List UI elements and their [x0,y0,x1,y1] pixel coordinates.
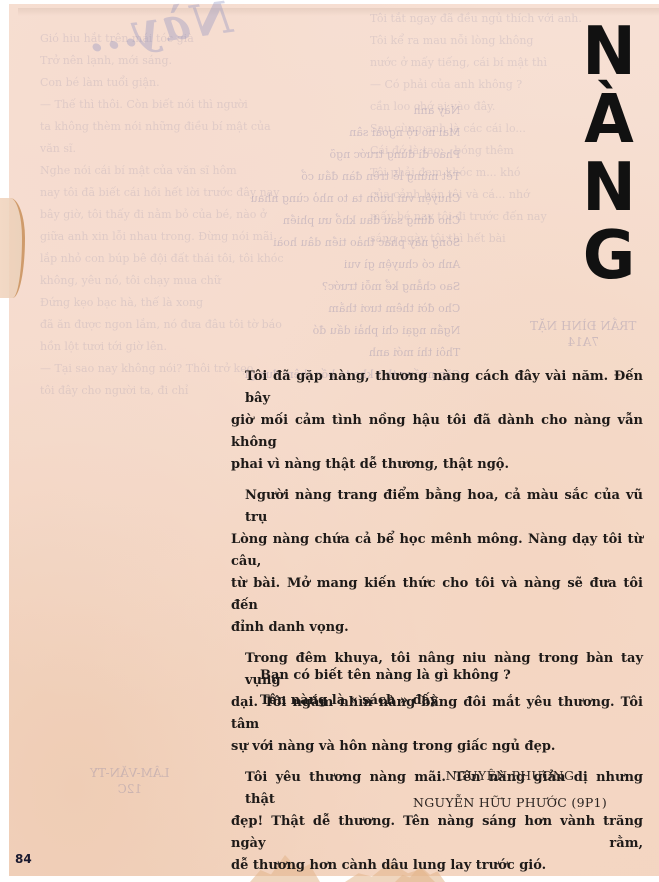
paragraph-line: dễ thương hơn cành dâu lung lay trước gi… [231,855,643,877]
paragraph-line: phai vì nàng thật dễ thương, thật ngộ. [231,454,643,476]
closing-question: Bạn có biết tên nàng là gì không ? [260,663,511,688]
article-title: NÀNG [574,18,644,290]
page-number: 84 [15,852,32,866]
title-letter: À [584,84,634,155]
paragraph-line: Tôi đã gặp nàng, thương nàng cách đây và… [245,366,643,410]
paragraph-line: Lòng nàng chứa cả bể học mênh mông. Nàng… [231,529,643,573]
paragraph-line: sự với nàng và hôn nàng trong giấc ngủ đ… [231,736,643,758]
author-name: NGUYỄN HỮU PHƯỚC (9P1) [400,789,620,816]
closing-lines: Bạn có biết tên nàng là gì không ? Tên n… [260,663,511,713]
title-letter: N [582,152,636,223]
paragraph-line: từ bài. Mở mang kiến thức cho tôi và nàn… [231,573,643,617]
author-block: NGUYÊN PHƯƠNG NGUYỄN HỮU PHƯỚC (9P1) [400,762,620,816]
paragraph-line: đỉnh danh vọng. [231,617,643,639]
title-letter: N [582,16,636,87]
paragraph-line: Người nàng trang điểm bằng hoa, cả màu s… [245,485,643,529]
closing-answer: Tên nàng là « sách » đấy [260,688,511,713]
paragraph-line: giờ mối cảm tình nồng hậu tôi đã dành ch… [231,410,643,454]
author-name: NGUYÊN PHƯƠNG [400,762,620,789]
title-letter: G [583,220,636,291]
paragraph: Người nàng trang điểm bằng hoa, cả màu s… [245,485,643,639]
paragraph-line: đẹp! Thật dễ thương. Tên nàng sáng hơn v… [231,811,643,855]
paragraph: Tôi đã gặp nàng, thương nàng cách đây và… [245,366,643,476]
